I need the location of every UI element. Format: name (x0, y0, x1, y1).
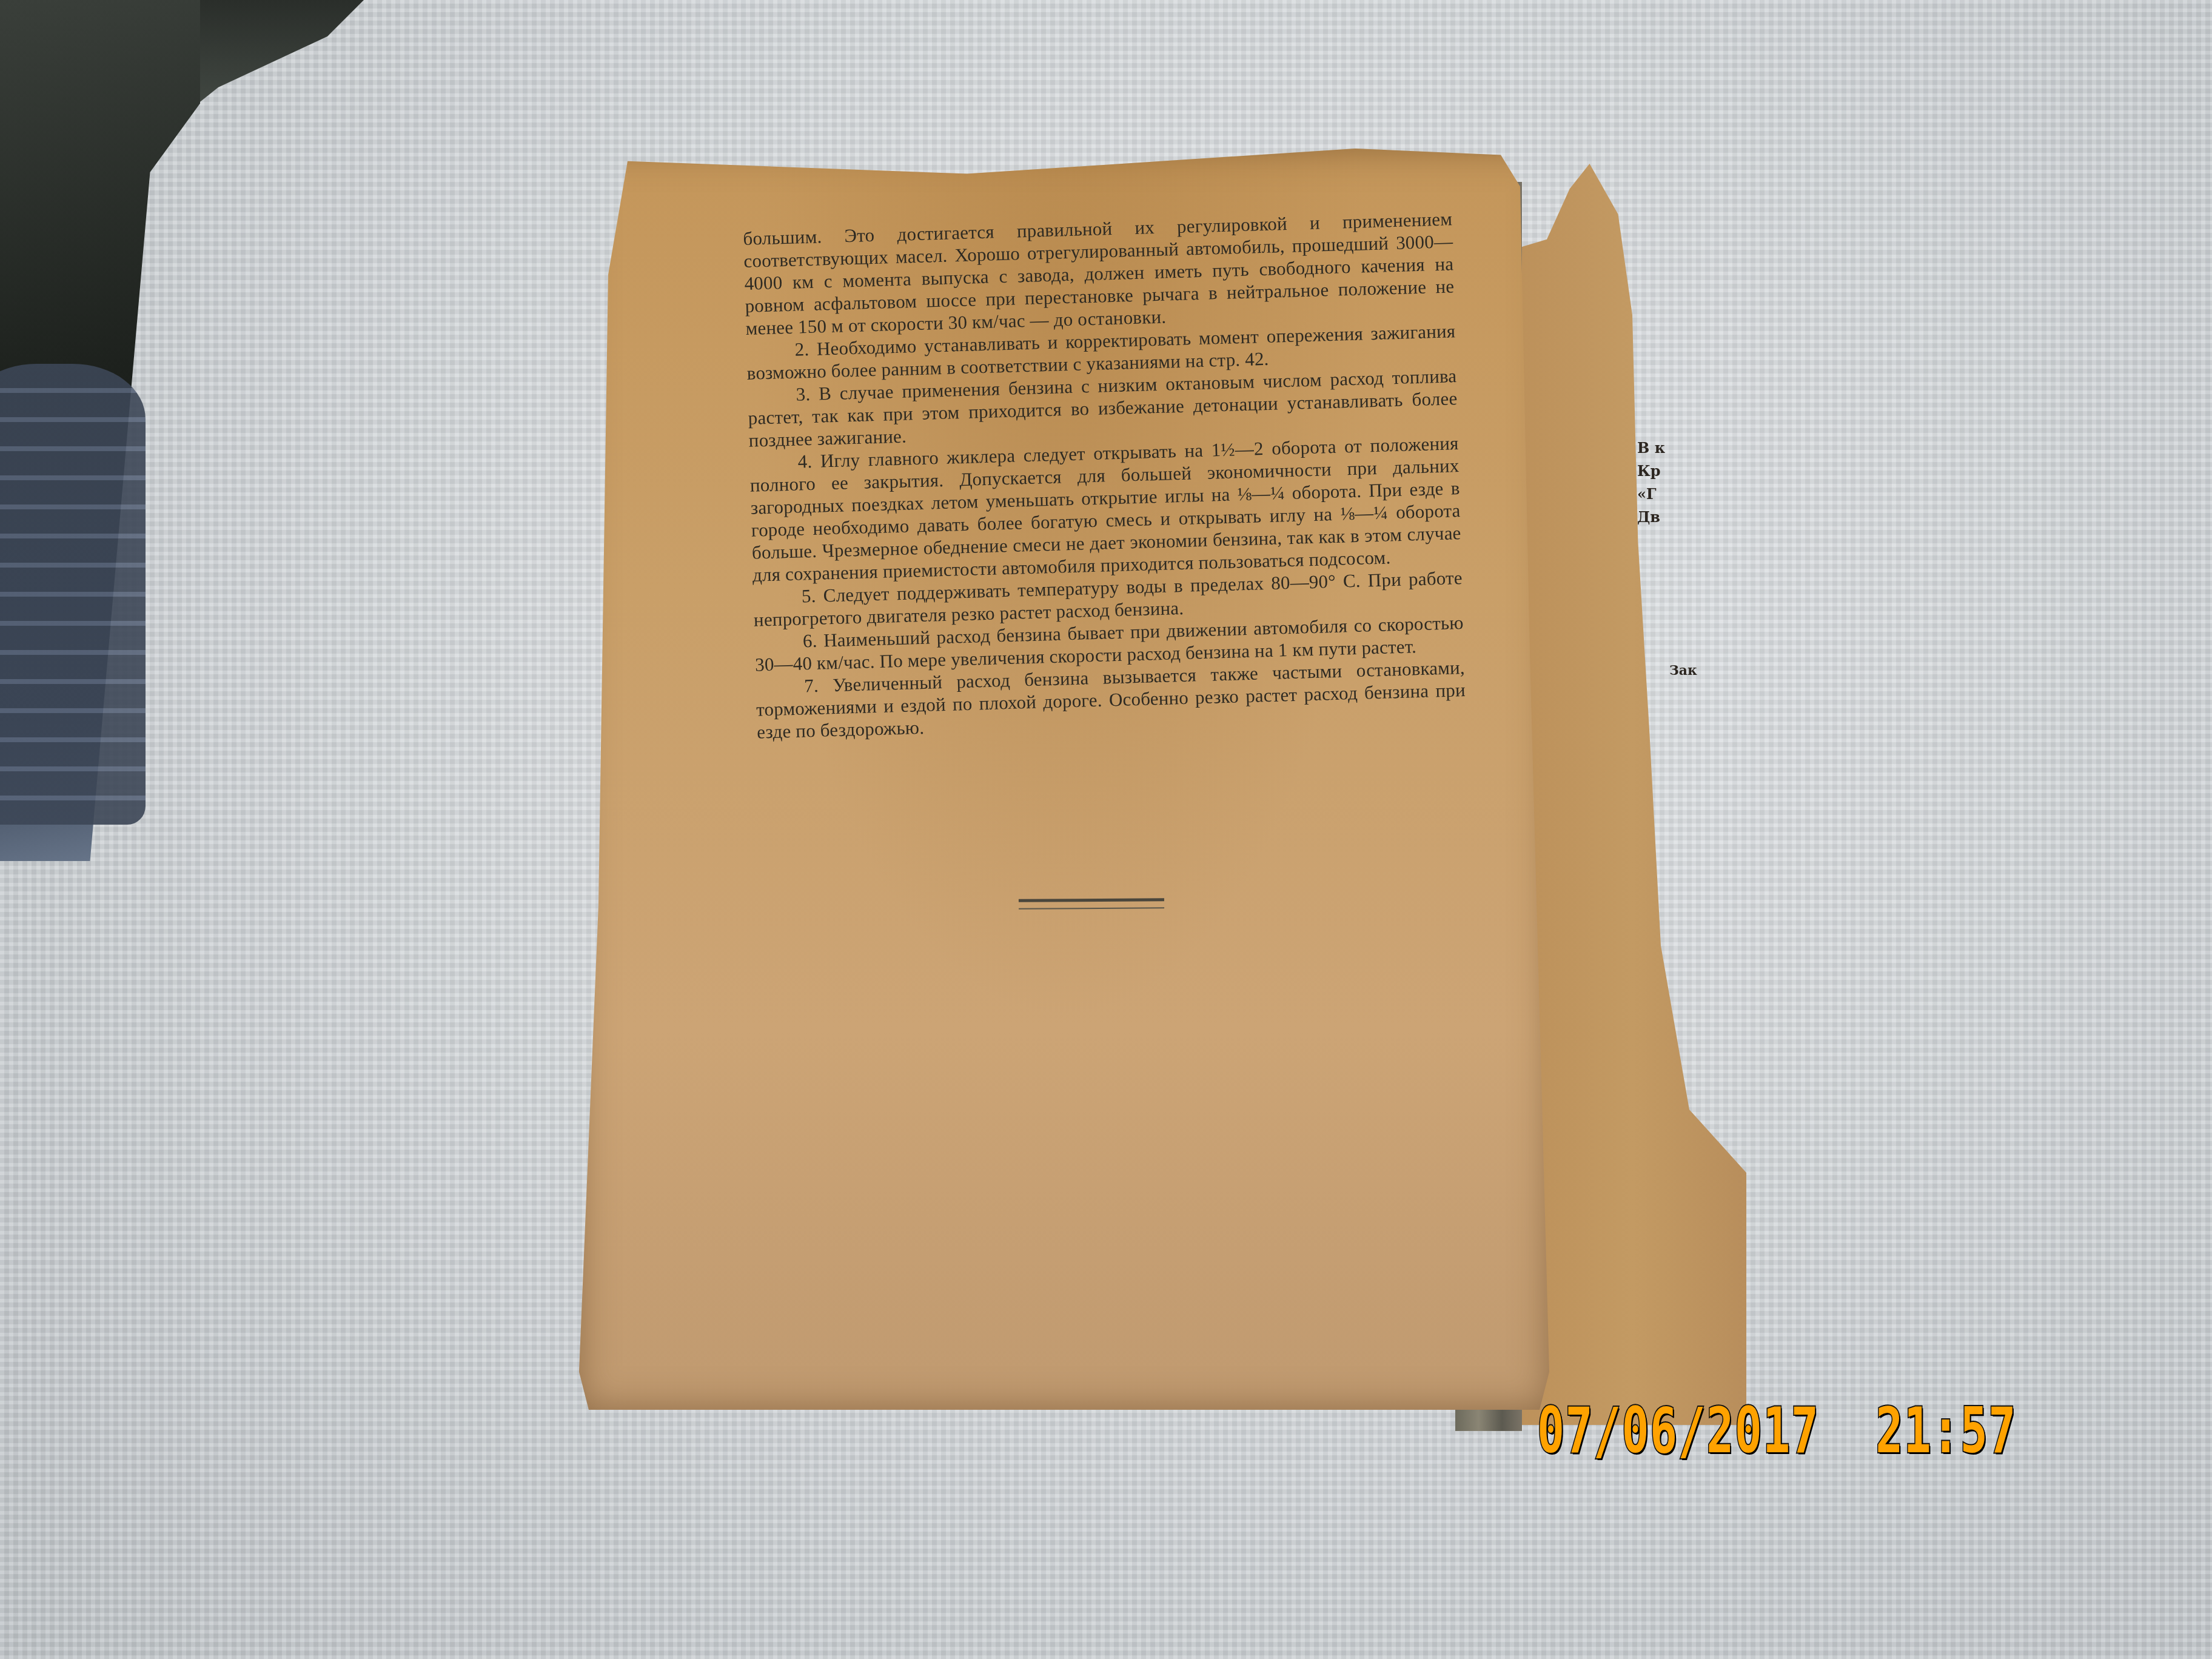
fragment: В к (1637, 437, 1665, 460)
timestamp-date: 07/06/2017 (1537, 1393, 1819, 1467)
camera-timestamp: 07/06/2017 21:57 (1537, 1393, 2017, 1467)
paragraph: 4. Иглу главного жиклера следует открыва… (749, 432, 1462, 586)
paint-can (0, 364, 146, 825)
paragraph: большим. Это достигается правильной их р… (743, 207, 1455, 340)
underlying-page-bottom-fragment: Зак (1669, 663, 1697, 679)
page-text-block: большим. Это достигается правильной их р… (743, 207, 1466, 743)
fragment: Кр (1637, 460, 1665, 483)
fragment: Дв (1637, 506, 1665, 529)
timestamp-time: 21:57 (1875, 1393, 2017, 1467)
fragment: «Г (1637, 483, 1665, 506)
end-rule-divider (1019, 898, 1164, 910)
underlying-page-text: В к Кр «Г Дв (1637, 437, 1665, 529)
